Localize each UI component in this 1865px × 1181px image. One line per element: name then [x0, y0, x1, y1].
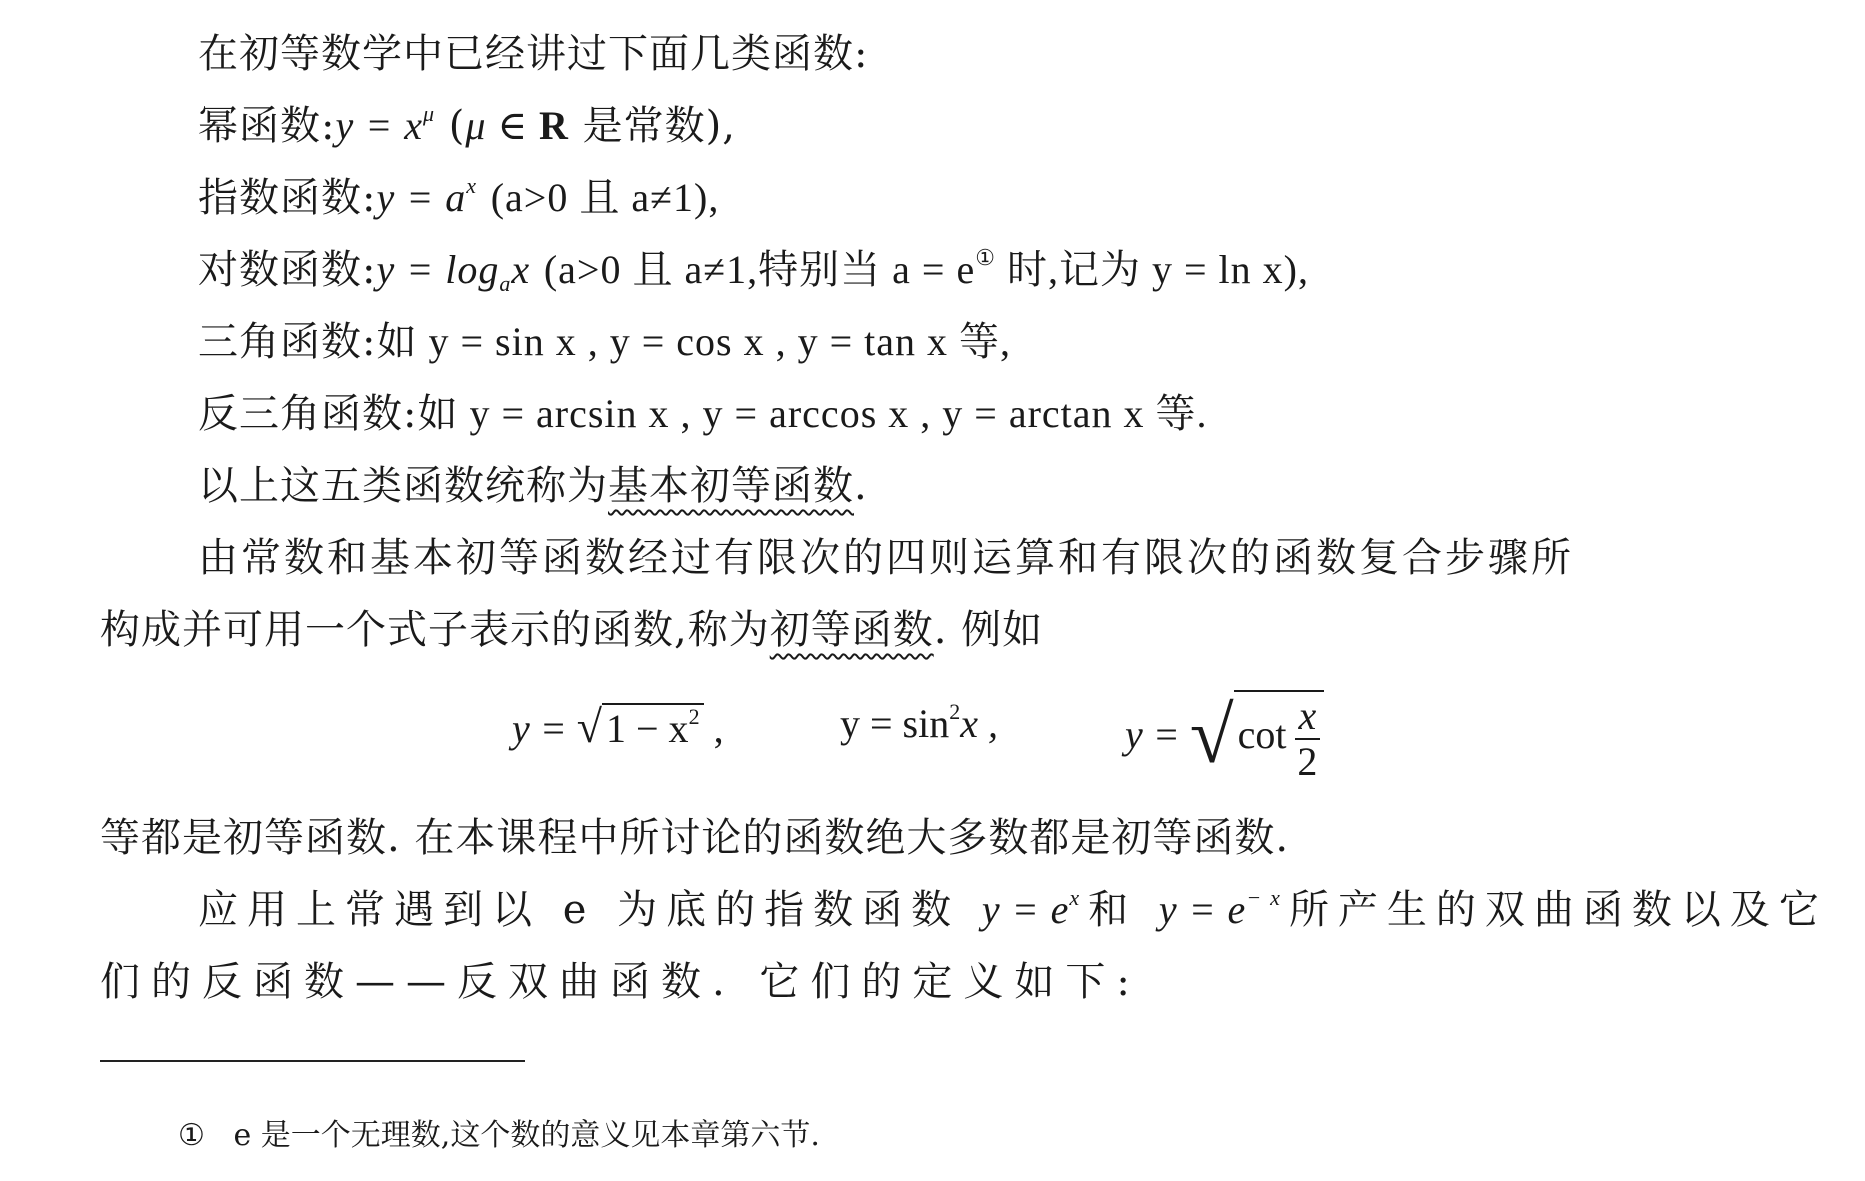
- example-formulas: y = √1 − x2 , y = sin2x , y = √cotx2: [0, 690, 1865, 800]
- ex2-rest: x ,: [960, 701, 998, 746]
- power-exponent: μ: [423, 101, 435, 126]
- inverse-trig-label: 反三角函数:: [198, 391, 417, 437]
- log-formula: y = log: [376, 247, 499, 292]
- example-formula-3: y = √cotx2: [1125, 690, 1324, 786]
- hyper-exp2-sup: −x: [1246, 885, 1289, 910]
- def-prefix: 构成并可用一个式子表示的函数,称为: [100, 607, 770, 653]
- definition-line-2: 构成并可用一个式子表示的函数,称为初等函数. 例如: [100, 606, 1043, 654]
- hyperbolic-line-2: 们的反函数——反双曲函数. 它们的定义如下:: [100, 958, 1141, 1006]
- power-cond-open: (: [449, 103, 466, 149]
- ex3-lhs: y =: [1125, 712, 1180, 757]
- power-formula: y = x: [335, 103, 423, 148]
- footnote-mark: ①: [178, 1118, 205, 1153]
- exp-formula: y = a: [376, 175, 466, 220]
- hyper-exp1-sup: x: [1069, 885, 1088, 910]
- log-base: a: [499, 271, 511, 296]
- trig-function-line: 三角函数:如 y = sin x , y = cos x , y = tan x…: [198, 318, 1011, 366]
- exponential-function-line: 指数函数:y = ax (a>0 且 a≠1),: [198, 174, 719, 222]
- power-real-set: R: [539, 103, 569, 148]
- ex1-lhs: y =: [512, 706, 567, 751]
- sqrt-symbol-large: √cotx2: [1190, 690, 1325, 786]
- after-examples-line: 等都是初等函数. 在本课程中所讨论的函数绝大多数都是初等函数.: [100, 814, 1289, 862]
- exp-exponent: x: [466, 173, 477, 198]
- hyper-exp2: y = e: [1159, 887, 1247, 932]
- hyper-and: 和: [1088, 887, 1159, 933]
- power-cond-rest: 是常数),: [569, 103, 736, 149]
- ex2-sup: 2: [949, 699, 960, 724]
- log-function-line: 对数函数:y = logax (a>0 且 a≠1,特别当 a = e① 时,记…: [198, 246, 1309, 294]
- ex3-denominator: 2: [1297, 740, 1317, 784]
- inverse-trig-text: 如 y = arcsin x , y = arccos x , y = arct…: [417, 391, 1207, 436]
- log-label: 对数函数:: [198, 247, 376, 293]
- example-formula-2: y = sin2x ,: [840, 700, 998, 747]
- def-suffix: . 例如: [934, 607, 1043, 653]
- ex1-radicand: 1 − x: [606, 706, 689, 751]
- ex1-trail: ,: [704, 706, 724, 751]
- summary-line: 以上这五类函数统称为基本初等函数.: [198, 462, 868, 510]
- footnote-text: e 是一个无理数,这个数的意义见本章第六节.: [234, 1118, 820, 1153]
- hyper-exp1: y = e: [982, 887, 1070, 932]
- ex3-func: cot: [1238, 712, 1287, 757]
- power-mu: μ: [465, 103, 486, 148]
- hyper-rest: 所产生的双曲函数以及它: [1289, 887, 1828, 933]
- footnote-ref-1[interactable]: ①: [975, 246, 996, 271]
- intro-line: 在初等数学中已经讲过下面几类函数:: [198, 30, 868, 78]
- power-label: 幂函数:: [198, 103, 335, 149]
- ex3-numerator: x: [1295, 694, 1321, 740]
- trig-label: 三角函数:: [198, 319, 376, 365]
- footnote-divider: [100, 1060, 525, 1062]
- power-in: ∈: [486, 103, 539, 148]
- example-formula-1: y = √1 − x2 ,: [512, 700, 724, 753]
- hyperbolic-line-1: 应用上常遇到以 e 为底的指数函数 y = ex和 y = e−x所产生的双曲函…: [198, 886, 1828, 934]
- inverse-trig-function-line: 反三角函数:如 y = arcsin x , y = arccos x , y …: [198, 390, 1208, 438]
- log-condition-a: (a>0 且 a≠1,特别当 a = e: [544, 247, 975, 292]
- exp-label: 指数函数:: [198, 175, 376, 221]
- summary-suffix: .: [854, 463, 868, 509]
- term-basic-elementary-functions: 基本初等函数: [608, 463, 854, 509]
- definition-line-1: 由常数和基本初等函数经过有限次的四则运算和有限次的函数复合步骤所: [198, 534, 1574, 582]
- ex1-sup: 2: [689, 704, 700, 729]
- power-function-line: 幂函数:y = xμ (μ ∈ R 是常数),: [198, 102, 736, 150]
- hyper-intro: 应用上常遇到以 e 为底的指数函数: [198, 887, 982, 933]
- footnote: ① e 是一个无理数,这个数的意义见本章第六节.: [178, 1118, 820, 1154]
- ex2-lhs: y = sin: [840, 701, 949, 746]
- exp-condition: (a>0 且 a≠1),: [491, 175, 720, 220]
- term-elementary-functions: 初等函数: [770, 607, 934, 653]
- log-x: x: [511, 247, 530, 292]
- summary-prefix: 以上这五类函数统称为: [198, 463, 608, 509]
- fraction: x2: [1295, 694, 1321, 784]
- log-condition-b: 时,记为 y = ln x),: [996, 247, 1309, 292]
- trig-text: 如 y = sin x , y = cos x , y = tan x 等,: [376, 319, 1011, 364]
- sqrt-symbol: √1 − x2: [577, 700, 704, 753]
